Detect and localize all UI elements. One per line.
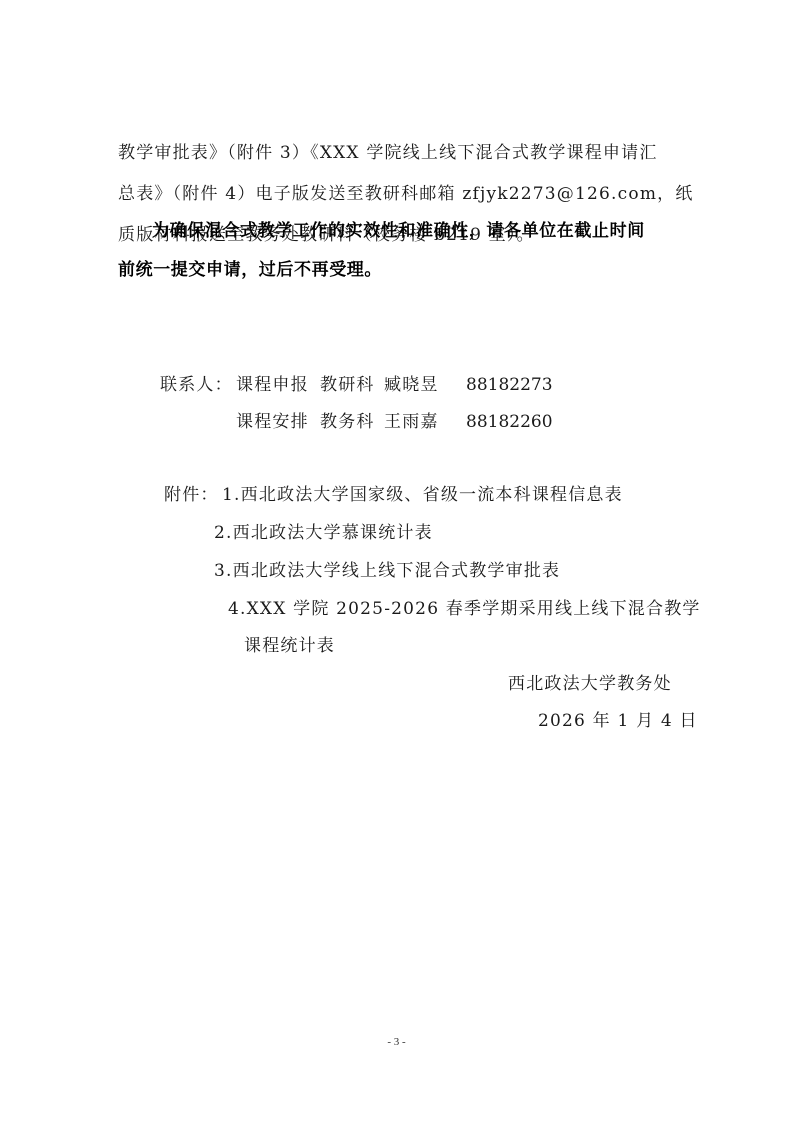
attachment-item-4-continued: 课程统计表: [244, 635, 335, 657]
issuer-name: 西北政法大学教务处: [508, 673, 672, 695]
notice-line-1: 为确保混合式教学工作的实效性和准确性，请各单位在截止时间: [152, 220, 645, 242]
contact-1-office: 教研科: [320, 374, 375, 396]
page-number: - 3 -: [0, 1036, 793, 1048]
attachment-item-4: 4.XXX 学院 2025-2026 春季学期采用线上线下混合教学: [228, 598, 701, 620]
notice-line-2: 前统一提交申请，过后不再受理。: [118, 259, 382, 281]
contacts-label: 联系人：: [160, 374, 233, 396]
contact-1-name: 臧晓昱: [384, 374, 439, 396]
attachments-label: 附件：: [164, 484, 219, 506]
issue-date: 2026 年 1 月 4 日: [538, 710, 698, 732]
attachment-item-2: 2.西北政法大学慕课统计表: [214, 522, 433, 544]
contact-2-phone: 88182260: [466, 411, 553, 433]
paragraph-line-2: 总表》（附件 4）电子版发送至教研科邮箱 zfjyk2273@126.com，纸: [118, 183, 694, 205]
document-page: 教学审批表》（附件 3）《XXX 学院线上线下混合式教学课程申请汇 总表》（附件…: [0, 0, 793, 1122]
attachment-item-3: 3.西北政法大学线上线下混合式教学审批表: [214, 560, 560, 582]
contact-2-name: 王雨嘉: [384, 411, 439, 433]
attachment-item-1: 1.西北政法大学国家级、省级一流本科课程信息表: [222, 484, 623, 506]
contact-1-task: 课程申报: [236, 374, 309, 396]
contact-2-office: 教务科: [320, 411, 375, 433]
paragraph-line-1: 教学审批表》（附件 3）《XXX 学院线上线下混合式教学课程申请汇: [118, 142, 658, 164]
contact-2-task: 课程安排: [236, 411, 309, 433]
contact-1-phone: 88182273: [466, 374, 553, 396]
